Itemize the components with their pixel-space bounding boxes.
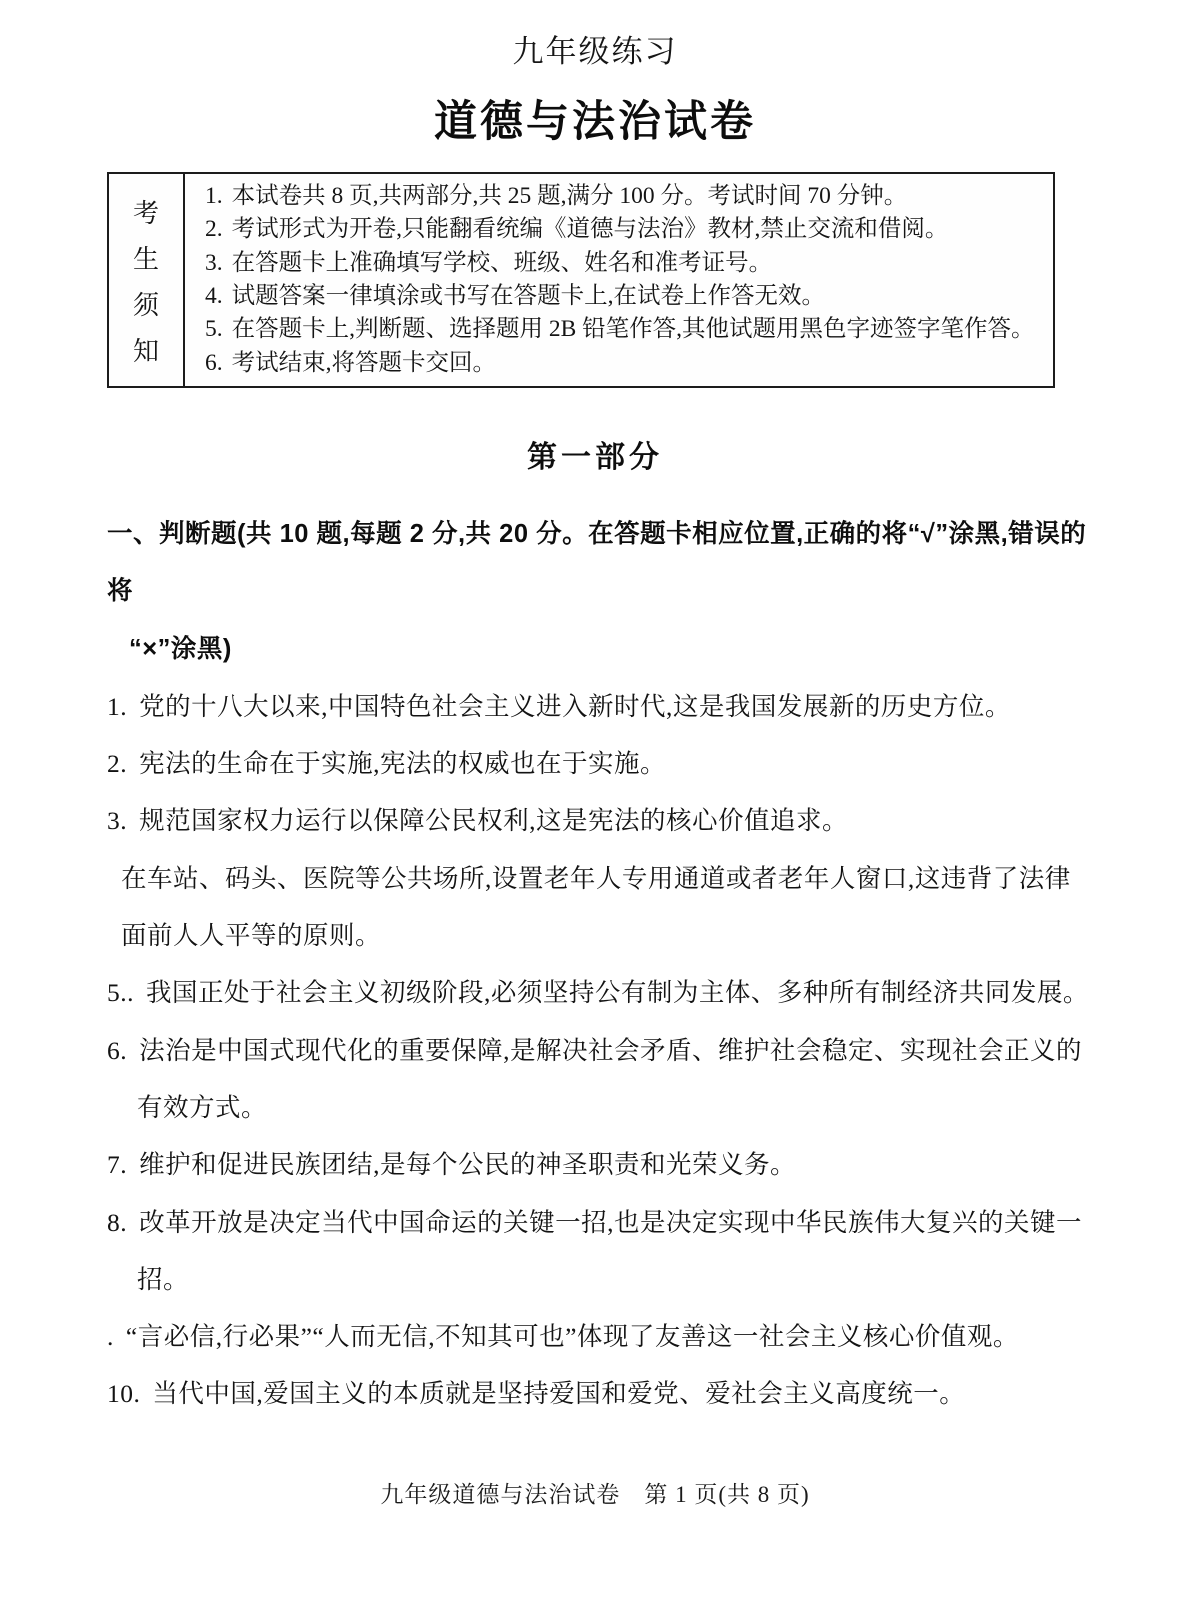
notice-item-list: 1.本试卷共 8 页,共两部分,共 25 题,满分 100 分。考试时间 70 … xyxy=(185,174,1053,386)
notice-item: 2.考试形式为开卷,只能翻看统编《道德与法治》教材,禁止交流和借阅。 xyxy=(205,213,1053,246)
judge-heading-line1: 一、判断题(共 10 题,每题 2 分,共 20 分。在答题卡相应位置,正确的将… xyxy=(107,506,1092,621)
question-text: 宪法的生命在于实施,宪法的权威也在于实施。 xyxy=(139,749,666,778)
question-text: “言必信,行必果”“人而无信,不知其可也”体现了友善这一社会主义核心价值观。 xyxy=(126,1322,1019,1351)
notice-item: 3.在答题卡上准确填写学校、班级、姓名和准考证号。 xyxy=(205,247,1053,280)
notice-item-text: 在答题卡上准确填写学校、班级、姓名和准考证号。 xyxy=(232,250,773,276)
notice-item-number: 6. xyxy=(205,347,223,380)
question-text: 在车站、码头、医院等公共场所,设置老年人专用通道或者老年人窗口,这违背了法律面前… xyxy=(121,864,1071,950)
question-number: 5.. xyxy=(107,978,134,1007)
question-number: 2. xyxy=(107,749,127,778)
part1-heading: 第一部分 xyxy=(0,432,1190,476)
question-text: 改革开放是决定当代中国命运的关键一招,也是决定实现中华民族伟大复兴的关键一招。 xyxy=(137,1208,1082,1294)
notice-item-number: 5. xyxy=(205,313,223,346)
notice-item-number: 3. xyxy=(205,247,223,280)
notice-item-text: 在答题卡上,判断题、选择题用 2B 铅笔作答,其他试题用黑色字迹签字笔作答。 xyxy=(232,316,1035,342)
notice-item: 4.试题答案一律填涂或书写在答题卡上,在试卷上作答无效。 xyxy=(205,280,1053,313)
question-number: 8. xyxy=(107,1208,127,1237)
judge-section-heading: 一、判断题(共 10 题,每题 2 分,共 20 分。在答题卡相应位置,正确的将… xyxy=(107,506,1092,678)
question-text: 维护和促进民族团结,是每个公民的神圣职责和光荣义务。 xyxy=(139,1150,796,1179)
question-number: 7. xyxy=(107,1150,127,1179)
page-title: 道德与法治试卷 xyxy=(0,88,1190,149)
judge-heading-line2: “×”涂黑) xyxy=(107,621,1092,678)
question-item-4: 在车站、码头、医院等公共场所,设置老年人专用通道或者老年人窗口,这违背了法律面前… xyxy=(107,850,1092,965)
question-item-6: 6.法治是中国式现代化的重要保障,是解决社会矛盾、维护社会稳定、实现社会正义的有… xyxy=(107,1022,1092,1137)
notice-side-label: 考 生 须 知 xyxy=(109,174,185,386)
question-text: 法治是中国式现代化的重要保障,是解决社会矛盾、维护社会稳定、实现社会正义的有效方… xyxy=(137,1036,1082,1122)
examinee-notice-box: 考 生 须 知 1.本试卷共 8 页,共两部分,共 25 题,满分 100 分。… xyxy=(107,172,1055,388)
question-number: 3. xyxy=(107,806,127,835)
question-text: 党的十八大以来,中国特色社会主义进入新时代,这是我国发展新的历史方位。 xyxy=(139,692,1011,721)
question-item-7: 7.维护和促进民族团结,是每个公民的神圣职责和光荣义务。 xyxy=(107,1136,1092,1193)
question-section: 一、判断题(共 10 题,每题 2 分,共 20 分。在答题卡相应位置,正确的将… xyxy=(107,506,1092,1423)
notice-item-text: 考试形式为开卷,只能翻看统编《道德与法治》教材,禁止交流和借阅。 xyxy=(232,216,949,242)
notice-side-char: 知 xyxy=(133,331,159,368)
question-number: . xyxy=(107,1322,114,1351)
notice-item-text: 考试结束,将答题卡交回。 xyxy=(232,350,496,376)
question-number: 10. xyxy=(107,1379,140,1408)
notice-item: 1.本试卷共 8 页,共两部分,共 25 题,满分 100 分。考试时间 70 … xyxy=(205,180,1053,213)
question-item-10: 10.当代中国,爱国主义的本质就是坚持爱国和爱党、爱社会主义高度统一。 xyxy=(107,1365,1092,1422)
question-text: 当代中国,爱国主义的本质就是坚持爱国和爱党、爱社会主义高度统一。 xyxy=(152,1379,965,1408)
page-footer: 九年级道德与法治试卷 第 1 页(共 8 页) xyxy=(0,1476,1190,1509)
question-number: 1. xyxy=(107,692,127,721)
question-text: 我国正处于社会主义初级阶段,必须坚持公有制为主体、多种所有制经济共同发展。 xyxy=(146,978,1089,1007)
exam-paper-page: 九年级练习 道德与法治试卷 考 生 须 知 1.本试卷共 8 页,共两部分,共 … xyxy=(0,0,1190,1608)
notice-item: 6.考试结束,将答题卡交回。 xyxy=(205,347,1053,380)
notice-side-char: 须 xyxy=(133,285,159,322)
question-item-2: 2.宪法的生命在于实施,宪法的权威也在于实施。 xyxy=(107,735,1092,792)
question-item-8: 8.改革开放是决定当代中国命运的关键一招,也是决定实现中华民族伟大复兴的关键一招… xyxy=(107,1194,1092,1309)
notice-item-number: 1. xyxy=(205,180,223,213)
notice-item-number: 2. xyxy=(205,213,223,246)
question-number: 6. xyxy=(107,1036,127,1065)
question-item-9: .“言必信,行必果”“人而无信,不知其可也”体现了友善这一社会主义核心价值观。 xyxy=(107,1308,1092,1365)
notice-side-char: 考 xyxy=(133,193,159,230)
question-text: 规范国家权力运行以保障公民权利,这是宪法的核心价值追求。 xyxy=(139,806,848,835)
notice-side-char: 生 xyxy=(133,239,159,276)
notice-item-text: 试题答案一律填涂或书写在答题卡上,在试卷上作答无效。 xyxy=(232,283,825,309)
notice-item-text: 本试卷共 8 页,共两部分,共 25 题,满分 100 分。考试时间 70 分钟… xyxy=(232,183,908,209)
question-item-1: 1.党的十八大以来,中国特色社会主义进入新时代,这是我国发展新的历史方位。 xyxy=(107,678,1092,735)
page-subtitle: 九年级练习 xyxy=(0,26,1190,71)
notice-item: 5.在答题卡上,判断题、选择题用 2B 铅笔作答,其他试题用黑色字迹签字笔作答。 xyxy=(205,313,1053,346)
question-item-3: 3.规范国家权力运行以保障公民权利,这是宪法的核心价值追求。 xyxy=(107,792,1092,849)
question-item-5: 5..我国正处于社会主义初级阶段,必须坚持公有制为主体、多种所有制经济共同发展。 xyxy=(107,964,1092,1021)
notice-item-number: 4. xyxy=(205,280,223,313)
